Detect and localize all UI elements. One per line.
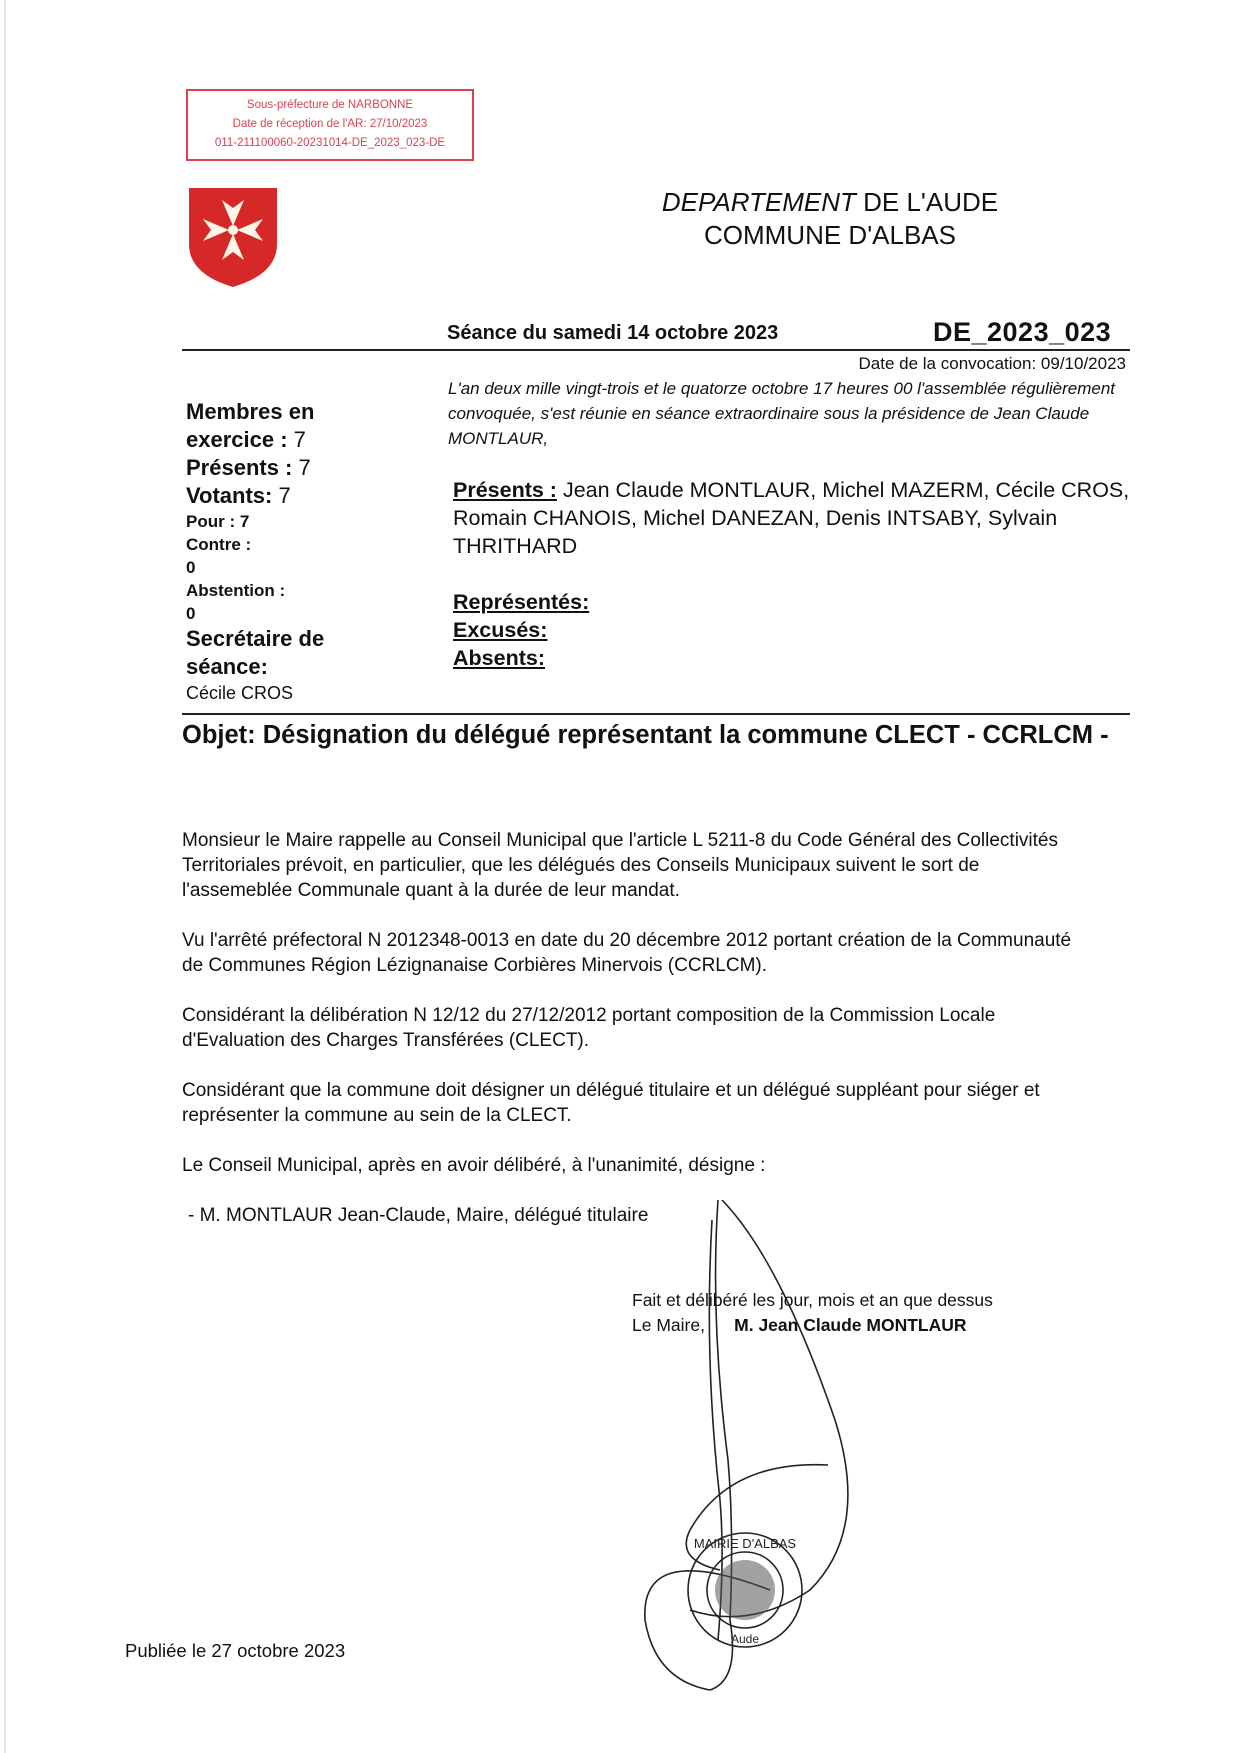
seal-subtext: Aude [731, 1632, 759, 1646]
seal-text: MAIRIE D'ALBAS [694, 1536, 797, 1551]
scan-edge [4, 0, 6, 1753]
contre-value: 0 [186, 556, 426, 579]
deliberation-reference: DE_2023_023 [933, 317, 1111, 348]
abstention-value: 0 [186, 602, 426, 625]
contre-label: Contre : [186, 533, 426, 556]
signature-line-1: Fait et délibéré les jour, mois et an qu… [632, 1288, 993, 1313]
seance-title: Séance du samedi 14 octobre 2023 [447, 322, 778, 345]
publication-date: Publiée le 27 octobre 2023 [125, 1640, 345, 1662]
signature-line-2: Le Maire, M. Jean Claude MONTLAUR [632, 1313, 993, 1338]
objet-title: Objet: Désignation du délégué représenta… [182, 718, 1122, 752]
membres-row: exercice : 7 [186, 426, 426, 454]
presents-list: Présents : Jean Claude MONTLAUR, Michel … [453, 476, 1133, 560]
departement-line: DEPARTEMENT DE L'AUDE [560, 186, 1100, 219]
secretaire-value: Cécile CROS [186, 681, 426, 705]
signature-and-seal-icon: MAIRIE D'ALBAS Aude [600, 1200, 900, 1700]
header-title: DEPARTEMENT DE L'AUDE COMMUNE D'ALBAS [560, 186, 1100, 252]
convocation-date: Date de la convocation: 09/10/2023 [780, 354, 1126, 374]
representes-label: Représentés: [453, 590, 589, 614]
divider [182, 349, 1130, 351]
votants-row: Votants: 7 [186, 482, 426, 510]
secretaire-label-2: séance: [186, 653, 426, 681]
paragraph: Considérant que la commune doit désigner… [182, 1078, 1082, 1128]
presents-row: Présents : 7 [186, 454, 426, 482]
deliberation-body: Monsieur le Maire rappelle au Conseil Mu… [182, 828, 1082, 1253]
stamp-line-date: Date de réception de l'AR: 27/10/2023 [188, 115, 472, 134]
maltese-cross-shield-icon [186, 186, 280, 289]
paragraph: Monsieur le Maire rappelle au Conseil Mu… [182, 828, 1082, 903]
paragraph: Vu l'arrêté préfectoral N 2012348-0013 e… [182, 928, 1082, 978]
paragraph: Considérant la délibération N 12/12 du 2… [182, 1003, 1082, 1053]
membres-label: Membres en [186, 398, 426, 426]
stamp-line-id: 011-211100060-20231014-DE_2023_023-DE [188, 134, 472, 153]
abstention-label: Abstention : [186, 579, 426, 602]
attendance-other: Représentés: Excusés: Absents: [453, 588, 589, 672]
commune-line: COMMUNE D'ALBAS [560, 219, 1100, 252]
vote-stats: Membres en exercice : 7 Présents : 7 Vot… [186, 398, 426, 705]
divider [182, 713, 1130, 715]
stamp-line-prefecture: Sous-préfecture de NARBONNE [188, 96, 472, 115]
seance-intro: L'an deux mille vingt-trois et le quator… [448, 376, 1128, 451]
pour-row: Pour : 7 [186, 510, 426, 533]
reception-stamp: Sous-préfecture de NARBONNE Date de réce… [186, 89, 474, 161]
absents-label: Absents: [453, 646, 545, 670]
paragraph: Le Conseil Municipal, après en avoir dél… [182, 1153, 1082, 1178]
excuses-label: Excusés: [453, 618, 547, 642]
signature-block: Fait et délibéré les jour, mois et an qu… [632, 1288, 993, 1338]
secretaire-label: Secrétaire de [186, 625, 426, 653]
